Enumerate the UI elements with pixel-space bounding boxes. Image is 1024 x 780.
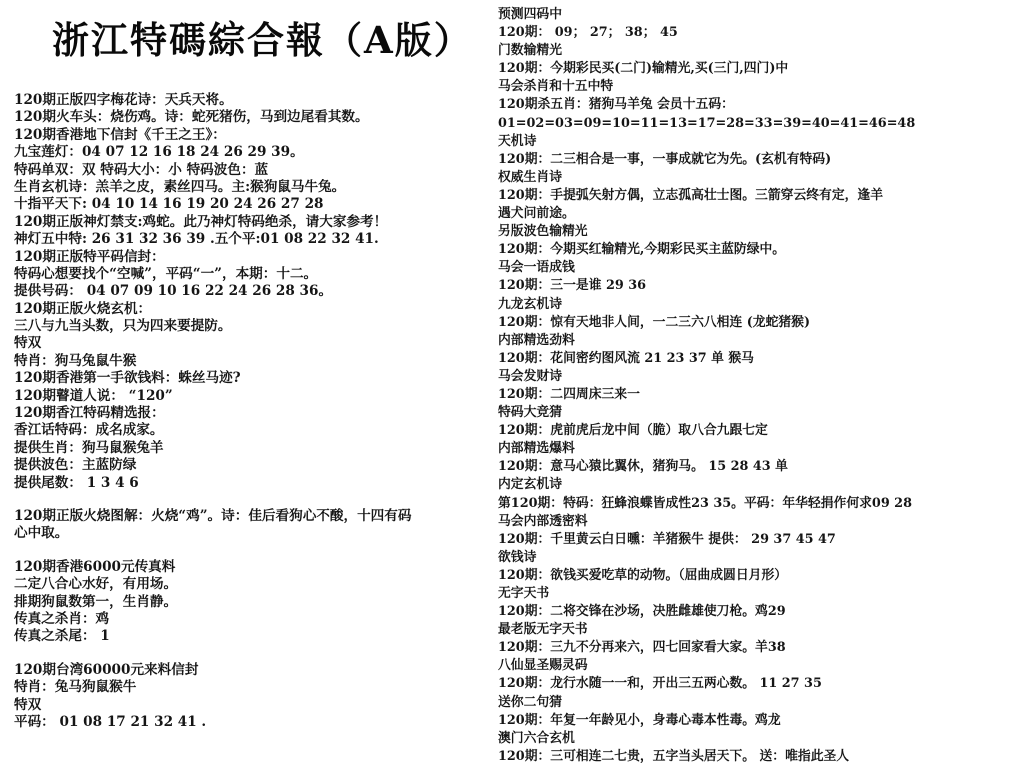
text-line: 权威生肖诗 [498, 169, 1020, 187]
text-line: 马会发财诗 [498, 368, 1020, 386]
text-line: 120期火车头：烧伤鸡。诗：蛇死猪伤，马到边尾看其数。 [14, 109, 506, 126]
text-line: 香江话特码：成名成家。 [14, 422, 506, 439]
text-line: 120期：意马心猿比翼休，猪狗马。 15 28 43 单 [498, 458, 1020, 476]
text-line: 天机诗 [498, 133, 1020, 151]
text-line: 心中取。 [14, 525, 506, 542]
text-line: 送你二句猜 [498, 694, 1020, 712]
left-column: 120期正版四字梅花诗：天兵天将。120期火车头：烧伤鸡。诗：蛇死猪伤，马到边尾… [14, 92, 506, 731]
text-line: 120期：今期彩民买(二门)输精光,买(三门,四门)中 [498, 60, 1020, 78]
text-line: 120期：三一是谁 29 36 [498, 277, 1020, 295]
text-line: 欲钱诗 [498, 549, 1020, 567]
text-line: 内部精选劲料 [498, 332, 1020, 350]
blank-line [14, 492, 506, 508]
text-line: 第120期：特码：狂蜂浪蝶皆成性23 35。平码：年华轻捐作何求09 28 [498, 495, 1020, 513]
tip-sheet-page: 浙江特碼綜合報（A版） 120期正版四字梅花诗：天兵天将。120期火车头：烧伤鸡… [0, 0, 1024, 780]
text-line: 排期狗鼠数第一，生肖静。 [14, 594, 506, 611]
blank-line [14, 646, 506, 662]
text-line: 120期正版神灯禁支:鸡蛇。此乃神灯特码绝杀，请大家参考！ [14, 214, 506, 231]
text-line: 马会一语成钱 [498, 259, 1020, 277]
text-line: 120期杀五肖：猪狗马羊兔 会员十五码： [498, 96, 1020, 114]
text-line: 遇犬问前途。 [498, 205, 1020, 223]
text-line: 提供号码： 04 07 09 10 16 22 24 26 28 36。 [14, 283, 506, 300]
text-line: 门数输精光 [498, 42, 1020, 60]
text-line: 特码心想要找个“空喊”，平码“一”，本期：十二。 [14, 266, 506, 283]
text-line: 01=02=03=09=10=11=13=17=28=33=39=40=41=4… [498, 115, 1020, 133]
text-line: 120期正版火烧图解：火烧“鸡”。诗：佳后看狗心不酸，十四有码 [14, 508, 506, 525]
text-line: 神灯五中特: 26 31 32 36 39 .五个平:01 08 22 32 4… [14, 231, 506, 248]
text-line: 特码单双：双 特码大小：小 特码波色：蓝 [14, 162, 506, 179]
text-line: 三八与九当头数，只为四来要提防。 [14, 318, 506, 335]
text-line: 120期：二将交锋在沙场，决胜雌雄使刀枪。鸡29 [498, 603, 1020, 621]
text-line: 传真之杀尾： 1 [14, 628, 506, 645]
right-column: 预测四码中120期： 09； 27； 38； 45门数输精光120期：今期彩民买… [498, 6, 1020, 766]
text-line: 九龙玄机诗 [498, 296, 1020, 314]
text-line: 特双 [14, 335, 506, 352]
text-line: 澳门六合玄机 [498, 730, 1020, 748]
text-line: 120期香港地下信封《千王之王》： [14, 127, 506, 144]
text-line: 生肖玄机诗：羔羊之皮，素丝四马。主:猴狗鼠马牛兔。 [14, 179, 506, 196]
text-line: 另版波色输精光 [498, 223, 1020, 241]
text-line: 特码大竞猜 [498, 404, 1020, 422]
text-line: 十指平天下: 04 10 14 16 19 20 24 26 27 28 [14, 196, 506, 213]
text-line: 提供尾数： 1 3 4 6 [14, 475, 506, 492]
text-line: 提供波色：主蓝防绿 [14, 457, 506, 474]
text-line: 120期香港第一手欲钱料：蛛丝马迹? [14, 370, 506, 387]
text-line: 120期：欲钱买爱吃草的动物。（屈曲成圆日月形） [498, 567, 1020, 585]
text-line: 提供生肖：狗马鼠猴兔羊 [14, 440, 506, 457]
text-line: 无字天书 [498, 585, 1020, 603]
text-line: 120期：惊有天地非人间，一二三六八相连 (龙蛇猪猴) [498, 314, 1020, 332]
text-line: 八仙显圣赐灵码 [498, 657, 1020, 675]
text-line: 120期：年复一年龄见小，身毒心毒本性毒。鸡龙 [498, 712, 1020, 730]
text-line: 平码： 01 08 17 21 32 41 . [14, 714, 506, 731]
text-line: 120期香江特码精选报： [14, 405, 506, 422]
text-line: 120期：二三相合是一事，一事成就它为先。(玄机有特码) [498, 151, 1020, 169]
text-line: 最老版无字天书 [498, 621, 1020, 639]
text-line: 二定八合心水好，有用场。 [14, 576, 506, 593]
text-line: 特肖：狗马兔鼠牛猴 [14, 353, 506, 370]
text-line: 120期瞽道人说： “120” [14, 388, 506, 405]
text-line: 120期正版特平码信封： [14, 249, 506, 266]
text-line: 120期：三九不分再来六，四七回家看大家。羊38 [498, 639, 1020, 657]
text-line: 马会杀肖和十五中特 [498, 78, 1020, 96]
text-line: 120期正版火烧玄机： [14, 301, 506, 318]
text-line: 120期：龙行水随一一和，开出三五两心数。 11 27 35 [498, 675, 1020, 693]
text-line: 特双 [14, 697, 506, 714]
text-line: 120期：手提弧矢射方偶，立志孤高壮士图。三箭穿云终有定，逢羊 [498, 187, 1020, 205]
text-line: 120期：虎前虎后龙中间（脆）取八合九跟七定 [498, 422, 1020, 440]
page-title: 浙江特碼綜合報（A版） [52, 10, 473, 64]
text-line: 传真之杀肖：鸡 [14, 611, 506, 628]
text-line: 120期：花间密约图风流 21 23 37 单 猴马 [498, 350, 1020, 368]
text-line: 120期： 09； 27； 38； 45 [498, 24, 1020, 42]
blank-line [14, 543, 506, 559]
text-line: 120期正版四字梅花诗：天兵天将。 [14, 92, 506, 109]
text-line: 预测四码中 [498, 6, 1020, 24]
text-line: 120期：二四周床三来一 [498, 386, 1020, 404]
text-line: 120期香港6000元传真料 [14, 559, 506, 576]
text-line: 九宝莲灯：04 07 12 16 18 24 26 29 39。 [14, 144, 506, 161]
text-line: 马会内部透密料 [498, 513, 1020, 531]
text-line: 120期：今期买红输精光,今期彩民买主蓝防绿中。 [498, 241, 1020, 259]
text-line: 特肖：兔马狗鼠猴牛 [14, 679, 506, 696]
text-line: 120期台湾60000元来料信封 [14, 662, 506, 679]
text-line: 120期：三可相连二七贵，五字当头居天下。 送：唯指此圣人 [498, 748, 1020, 766]
text-line: 内定玄机诗 [498, 476, 1020, 494]
text-line: 120期：千里黄云白日曛：羊猪猴牛 提供： 29 37 45 47 [498, 531, 1020, 549]
text-line: 内部精选爆料 [498, 440, 1020, 458]
